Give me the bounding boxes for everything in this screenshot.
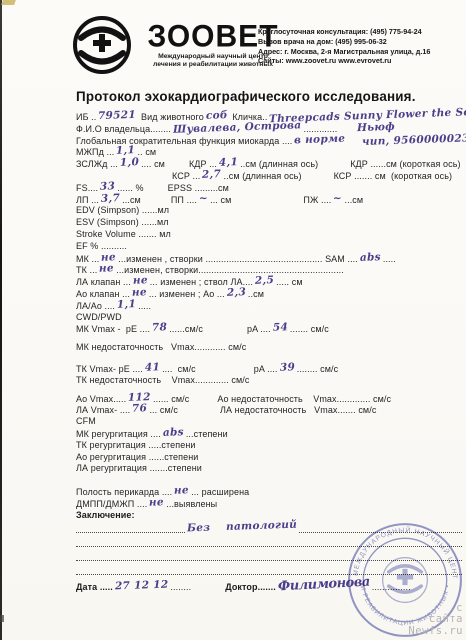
printed-label: ЛА/Ао ....: [76, 301, 115, 311]
doctor-signature: Филимонова: [277, 574, 370, 594]
watermark-line: Newfs.ru: [408, 626, 463, 638]
printed-label: ....... см/с: [290, 324, 329, 334]
handwritten-value: 2,3: [226, 286, 246, 299]
contact-block: Круглосуточная консультация: (495) 775-9…: [258, 27, 458, 66]
handwritten-value: 4,1: [219, 156, 239, 169]
printed-label: Stroke Volume ....... мл: [76, 229, 171, 239]
printed-label: ЛА Vmax- ....: [76, 405, 130, 415]
handwritten-value: 1,1: [117, 298, 137, 311]
form-line: CFM: [76, 416, 462, 428]
handwritten-value: 3,7: [101, 192, 121, 205]
handwritten-value: 41: [145, 361, 161, 374]
printed-label: ...степени: [186, 429, 228, 439]
handwritten-value: не: [99, 263, 114, 276]
form-line: Ф.И.О владельца........Шувалева, Острова…: [76, 123, 462, 135]
scan-edge-left: [0, 0, 2, 640]
zoovet-logo-icon: [72, 15, 132, 75]
printed-label: Ф.И.О владельца........: [76, 124, 171, 134]
printed-label: ЛА регургитация .......степени: [76, 463, 202, 473]
form-line: КСР ...2,7..см (длинная ось)КСР ....... …: [76, 170, 462, 182]
form-line: ESV (Simpson) ......мл: [76, 217, 462, 229]
form-line: Stroke Volume ....... мл: [76, 229, 462, 241]
printed-label-bold: Заключение:: [76, 510, 135, 520]
printed-label: ......см/с: [169, 324, 203, 334]
handwritten-value: abs: [163, 426, 184, 439]
handwritten-value: 27 12 12: [115, 578, 169, 592]
printed-label: МЖПд ...: [76, 147, 114, 157]
handwritten-value: ~: [333, 192, 343, 204]
handwritten-value: не: [149, 496, 164, 509]
handwritten-value: 1,1: [116, 145, 136, 158]
form-line: [76, 563, 462, 575]
printed-label: Ао регургитация ......степени: [76, 452, 198, 462]
printed-label: CWD/PWD: [76, 312, 122, 322]
printed-label: ... см/с: [149, 405, 178, 415]
printed-label: ... расширена: [191, 487, 249, 497]
form-line: ЛА регургитация .......степени: [76, 463, 462, 475]
contact-phone-consultation: Круглосуточная консультация: (495) 775-9…: [258, 27, 458, 37]
form-line: CWD/PWD: [76, 312, 462, 324]
form-line: EF % ..........: [76, 241, 462, 253]
printed-label: ЗСЛЖд ...: [76, 159, 118, 169]
printed-label: .. см: [138, 147, 157, 157]
printed-label: ДМПП/ДМЖП ....: [76, 499, 147, 509]
document-title: Протокол эхокардиографического исследова…: [76, 89, 416, 104]
printed-label: ESV (Simpson) ......мл: [76, 217, 169, 227]
printed-label: CFM: [76, 416, 96, 426]
scan-corner-mark: [1, 0, 16, 5]
printed-label: ...............: [372, 582, 411, 592]
printed-label: ...выявлены: [166, 499, 217, 509]
printed-label: ..... см: [276, 277, 303, 287]
dotted-rule: [76, 551, 462, 561]
printed-label: МК регургитация ....: [76, 429, 161, 439]
form-line: ЗСЛЖд ...1,0.... смКДР ...4,1..см (длинн…: [76, 158, 462, 170]
printed-label: .....: [138, 301, 151, 311]
printed-label: КСР ....... см (короткая ось): [334, 171, 453, 181]
form-line: ЛА Vmax- ....76... см/сЛА недостаточност…: [76, 404, 462, 416]
handwritten-value: в норме: [294, 132, 346, 146]
printed-label: ИБ ..: [76, 112, 96, 122]
handwritten-value: 54: [272, 322, 288, 335]
printed-label: ...см: [345, 195, 364, 205]
printed-label: EF % ..........: [76, 241, 127, 251]
handwritten-value: 2,5: [255, 274, 275, 287]
form-line: ТК регургитация .....степени: [76, 440, 462, 452]
handwritten-value: 39: [279, 361, 295, 374]
handwritten-value: соб: [206, 109, 228, 122]
printed-label: Ао недостаточность Vmax............. см/…: [217, 394, 391, 404]
form-line: ТК недостаточность Vmax............. см/…: [76, 375, 462, 387]
form-line: [76, 535, 462, 547]
printed-label-bold: Доктор.......: [225, 582, 276, 592]
printed-label: ........ см/с: [297, 364, 339, 374]
printed-label: ........: [170, 582, 191, 592]
printed-label: .... см: [141, 159, 165, 169]
handwritten-value: 76: [132, 403, 148, 416]
printed-label: КДР ......см (короткая ось): [350, 159, 460, 169]
printed-label: ТК регургитация .....степени: [76, 440, 196, 450]
form-line: Полость перикарда ....не... расширена: [76, 486, 462, 498]
printed-label: МК Vmax - pE ....: [76, 324, 150, 334]
printed-label: Ао Vmax.....: [76, 394, 126, 404]
handwritten-value: не: [133, 274, 148, 287]
printed-label: ТК недостаточность Vmax............. см/…: [76, 375, 250, 385]
form-line: МК ...не...изменен , створки ...........…: [76, 253, 462, 265]
dotted-rule: [76, 537, 462, 547]
printed-label: Ао клапан ...: [76, 289, 130, 299]
form-line: МК регургитация ....abs...степени: [76, 428, 462, 440]
printed-label: ..см (длинная ось): [224, 171, 302, 181]
printed-label: ЛА недостаточность Vmax....... см/с: [220, 405, 376, 415]
handwritten-value: 2,7: [202, 168, 222, 181]
printed-label: ПЖ ....: [303, 195, 331, 205]
printed-label: ...... %: [117, 183, 143, 193]
printed-label: ...... см/с: [153, 394, 189, 404]
handwritten-value: 79521: [98, 109, 136, 122]
printed-label: ПП ....: [171, 195, 197, 205]
form-line: ЛП ...3,7...смПП ....~... смПЖ ....~...с…: [76, 194, 462, 206]
form-line: ДМПП/ДМЖП ....не...выявлены: [76, 498, 462, 510]
printed-label: ...изменен, створки.....................…: [116, 265, 344, 275]
printed-label: ЛА клапан ...: [76, 277, 131, 287]
printed-label: Глобальная сократительная функция миокар…: [76, 136, 292, 146]
printed-label: ...см: [122, 195, 141, 205]
handwritten-value: 78: [152, 322, 168, 335]
printed-label: ... см: [210, 195, 231, 205]
printed-label: .....: [383, 254, 396, 264]
form-line: МК недостаточность Vmax............ см/с: [76, 342, 462, 354]
contact-phone-home-visit: Вызов врача на дом: (495) 995-06-32: [258, 37, 458, 47]
watermark-line: сайта: [408, 614, 463, 626]
form-line: ТК Vmax- pE ....41.... см/сpA ....39....…: [76, 363, 462, 375]
printed-label: ЛП ...: [76, 195, 99, 205]
form-line: FS....33...... %EPSS .........см: [76, 182, 462, 194]
handwritten-value: abs: [360, 251, 381, 264]
contact-websites: Сайты: www.zoovet.ru www.evrovet.ru: [258, 56, 458, 66]
form-body: ИБ ..79521 Вид животногособ Кличка..Thre…: [76, 111, 462, 590]
form-line: ЛА/Ао ....1,1.....: [76, 300, 462, 312]
scanned-document-page: ЗООВЕТ Международный научный центр лечен…: [0, 0, 466, 640]
printed-label: .... см/с: [162, 364, 196, 374]
form-line: [76, 549, 462, 561]
printed-label: EPSS .........см: [168, 183, 229, 193]
printed-label: МК недостаточность Vmax............ см/с: [76, 342, 246, 352]
handwritten-value: ~: [199, 192, 209, 204]
printed-label: ..см: [248, 289, 264, 299]
handwritten-value: не: [174, 484, 189, 497]
printed-label: ТК Vmax- pE ....: [76, 364, 143, 374]
dotted-rule: [76, 523, 185, 533]
printed-label: Вид животного: [138, 112, 203, 122]
form-line: Дата .....27 12 12........Доктор.......Ф…: [76, 579, 462, 591]
form-line: МК Vmax - pE ....78......см/сpA ....54..…: [76, 323, 462, 335]
printed-label: EDV (Simpson) ......мл: [76, 205, 169, 215]
contact-address: Адрес: г. Москва, 2-я Магистральная улиц…: [258, 47, 458, 57]
printed-label: pA ....: [254, 364, 278, 374]
site-watermark: с сайта Newfs.ru: [408, 603, 463, 638]
form-line: EDV (Simpson) ......мл: [76, 205, 462, 217]
dotted-rule: [299, 523, 462, 533]
printed-label: ТК ...: [76, 265, 97, 275]
printed-label: КСР ...: [172, 171, 200, 181]
printed-label-bold: Дата .....: [76, 582, 113, 592]
form-line: Без патологий: [76, 522, 462, 534]
dotted-rule: [76, 565, 462, 575]
scan-corner-dot: [0, 615, 4, 622]
handwritten-value: Ньюф: [357, 121, 395, 134]
form-line: Ао регургитация ......степени: [76, 452, 462, 464]
printed-label: ..см (длинная ось): [240, 159, 318, 169]
printed-label: FS....: [76, 183, 98, 193]
handwritten-value: не: [132, 286, 147, 299]
printed-label: pA ....: [247, 324, 271, 334]
printed-label: ... изменен ; Ао ...: [149, 289, 225, 299]
handwritten-value: 1,0: [120, 156, 140, 169]
printed-label: МК ...: [76, 254, 99, 264]
printed-label: ...изменен , створки ...................…: [118, 254, 358, 264]
handwritten-value: 33: [100, 180, 116, 193]
